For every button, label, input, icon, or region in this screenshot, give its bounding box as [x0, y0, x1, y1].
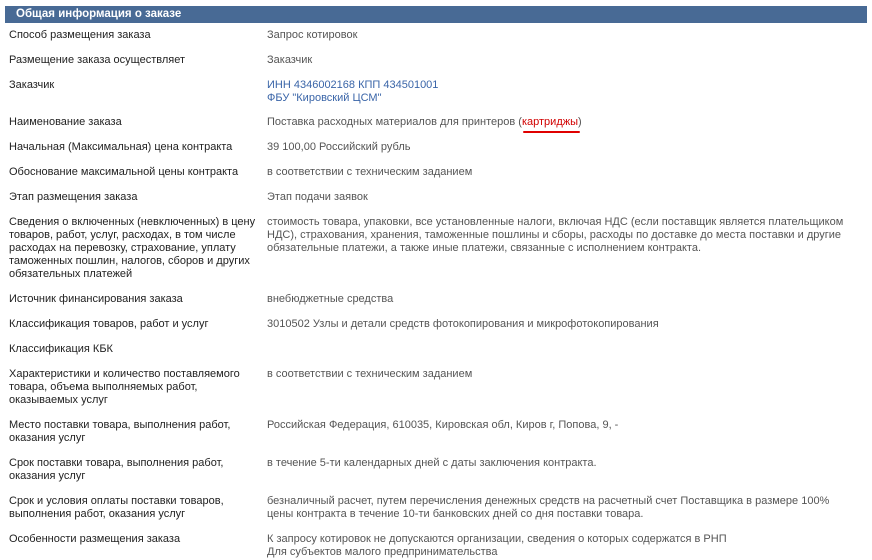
field-value: внебюджетные средства — [267, 281, 867, 306]
field-label: Заказчик — [5, 67, 267, 105]
field-label: Обоснование максимальной цены контракта — [5, 154, 267, 179]
table-row: ЗаказчикИНН 4346002168 КПП 434501001ФБУ … — [5, 67, 867, 105]
highlighted-word-text: картриджы — [522, 116, 578, 128]
field-value: Запрос котировок — [267, 23, 867, 42]
field-label: Наименование заказа — [5, 105, 267, 129]
order-name-suffix: ) — [578, 116, 582, 128]
field-label: Классификация КБК — [5, 331, 267, 356]
table-row: Классификация товаров, работ и услуг3010… — [5, 306, 867, 331]
field-value: Этап подачи заявок — [267, 179, 867, 204]
table-row: Классификация КБК — [5, 331, 867, 356]
order-info-table: Способ размещения заказаЗапрос котировок… — [5, 23, 867, 559]
value-line: Для субъектов малого предпринимательства — [267, 546, 847, 559]
field-label: Место поставки товара, выполнения работ,… — [5, 407, 267, 445]
field-label: Классификация товаров, работ и услуг — [5, 306, 267, 331]
field-value: К запросу котировок не допускаются орган… — [267, 521, 867, 559]
field-value: в течение 5-ти календарных дней с даты з… — [267, 445, 867, 483]
table-row: Способ размещения заказаЗапрос котировок — [5, 23, 867, 42]
table-row: Наименование заказаПоставка расходных ма… — [5, 105, 867, 129]
field-label: Источник финансирования заказа — [5, 281, 267, 306]
table-row: Обоснование максимальной цены контрактав… — [5, 154, 867, 179]
table-row: Источник финансирования заказавнебюджетн… — [5, 281, 867, 306]
field-value: в соответствии с техническим заданием — [267, 356, 867, 407]
table-row: Срок поставки товара, выполнения работ, … — [5, 445, 867, 483]
field-value: безналичный расчет, путем перечисления д… — [267, 483, 867, 521]
field-value — [267, 331, 867, 356]
field-value: в соответствии с техническим заданием — [267, 154, 867, 179]
field-value: Поставка расходных материалов для принте… — [267, 105, 867, 129]
customer-inn-link[interactable]: ИНН 4346002168 КПП 434501001 — [267, 79, 847, 92]
field-value: стоимость товара, упаковки, все установл… — [267, 204, 867, 281]
field-label: Сведения о включенных (невключенных) в ц… — [5, 204, 267, 281]
field-label: Этап размещения заказа — [5, 179, 267, 204]
table-row: Сведения о включенных (невключенных) в ц… — [5, 204, 867, 281]
section-header: Общая информация о заказе — [5, 6, 867, 23]
table-row: Место поставки товара, выполнения работ,… — [5, 407, 867, 445]
field-label: Способ размещения заказа — [5, 23, 267, 42]
field-value: ИНН 4346002168 КПП 434501001ФБУ "Кировск… — [267, 67, 867, 105]
order-info-panel: Общая информация о заказе Способ размеще… — [5, 6, 867, 559]
table-row: Этап размещения заказаЭтап подачи заявок — [5, 179, 867, 204]
red-underline-mark — [523, 131, 580, 133]
table-row: Особенности размещения заказаК запросу к… — [5, 521, 867, 559]
customer-name-link[interactable]: ФБУ "Кировский ЦСМ" — [267, 92, 847, 105]
field-value: Российская Федерация, 610035, Кировская … — [267, 407, 867, 445]
table-row: Срок и условия оплаты поставки товаров, … — [5, 483, 867, 521]
field-value: Заказчик — [267, 42, 867, 67]
field-label: Особенности размещения заказа — [5, 521, 267, 559]
field-value: 3010502 Узлы и детали средств фотокопиро… — [267, 306, 867, 331]
field-label: Характеристики и количество поставляемог… — [5, 356, 267, 407]
table-row: Начальная (Максимальная) цена контракта3… — [5, 129, 867, 154]
field-label: Срок и условия оплаты поставки товаров, … — [5, 483, 267, 521]
table-row: Размещение заказа осуществляетЗаказчик — [5, 42, 867, 67]
table-row: Характеристики и количество поставляемог… — [5, 356, 867, 407]
field-label: Начальная (Максимальная) цена контракта — [5, 129, 267, 154]
highlighted-word: картриджы — [522, 116, 578, 128]
order-name-text: Поставка расходных материалов для принте… — [267, 116, 522, 128]
field-label: Срок поставки товара, выполнения работ, … — [5, 445, 267, 483]
value-line: К запросу котировок не допускаются орган… — [267, 533, 847, 546]
field-label: Размещение заказа осуществляет — [5, 42, 267, 67]
